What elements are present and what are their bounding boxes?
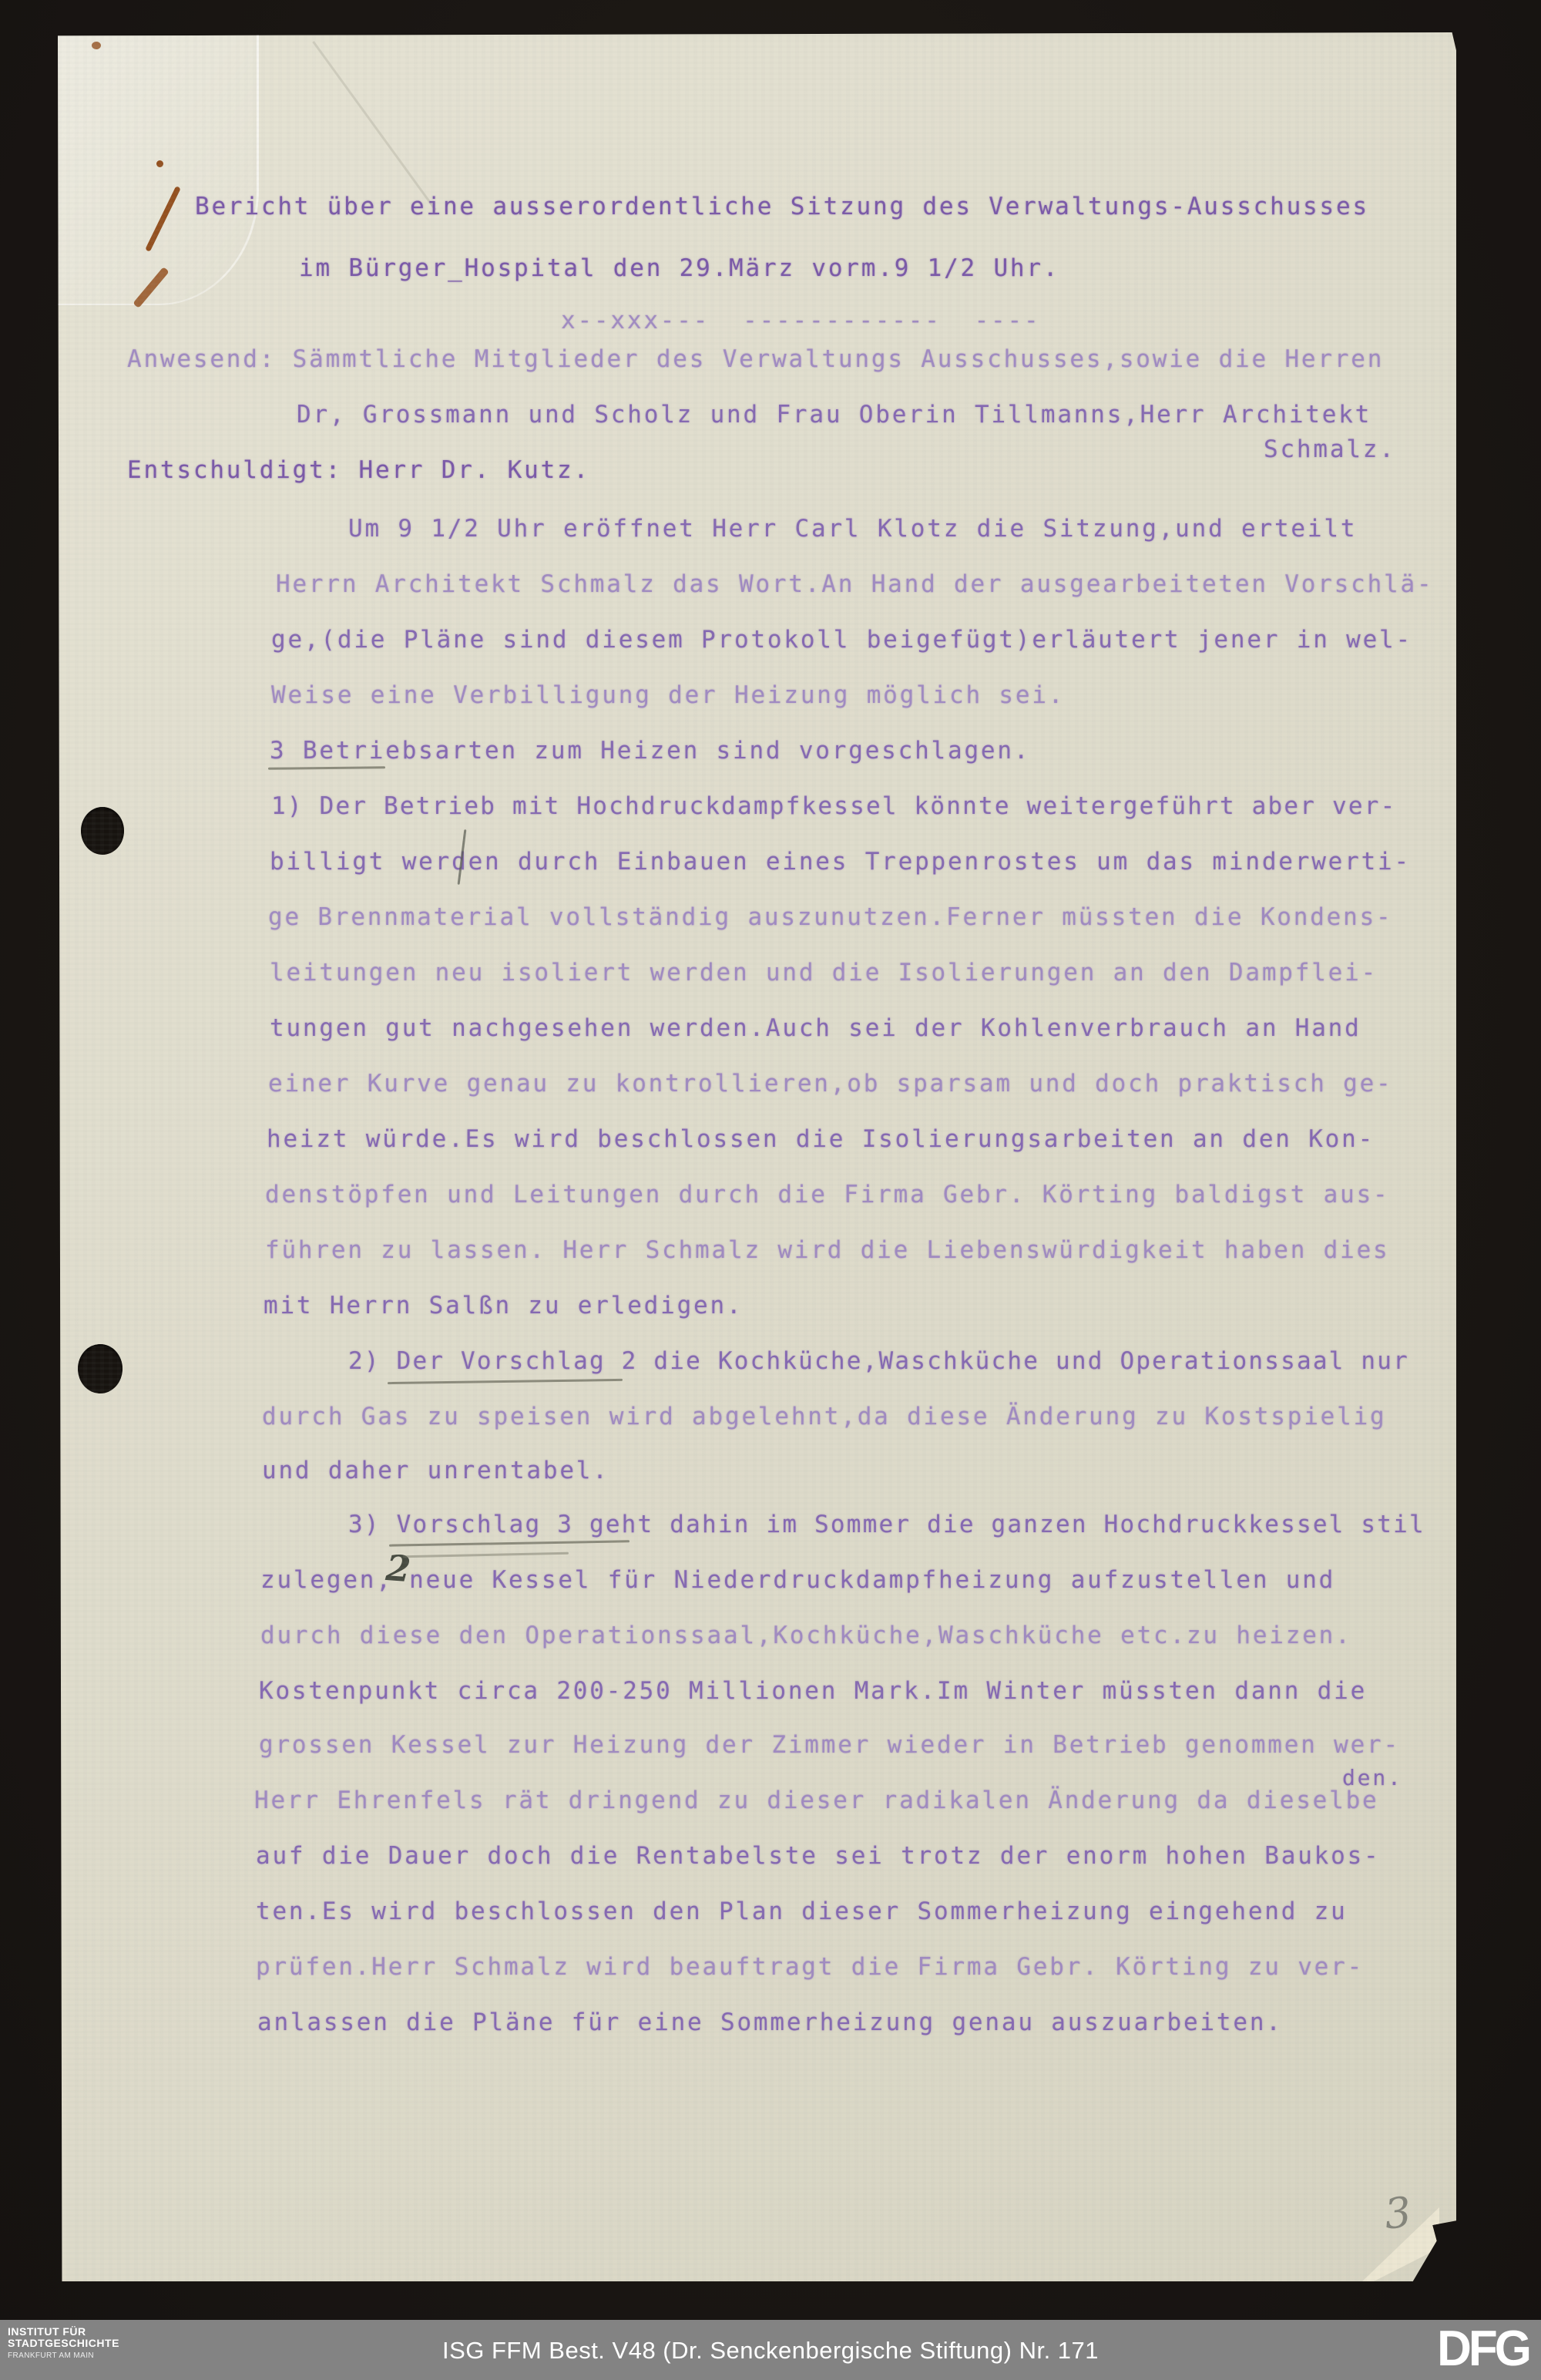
- marginal-carryover-den: den.: [1342, 1765, 1403, 1790]
- archive-footer-bar: INSTITUT FÜR STADTGESCHICHTE FRANKFURT A…: [0, 2320, 1541, 2380]
- document-line: 3) Vorschlag 3 geht dahin im Sommer die …: [348, 1511, 1425, 1538]
- document-line: leitungen neu isoliert werden und die Is…: [270, 959, 1378, 987]
- marginal-hyphenation-mark: 1-: [1455, 1537, 1479, 1558]
- document-line: 2) Der Vorschlag 2 die Kochküche,Waschkü…: [348, 1347, 1409, 1375]
- document-line: billigt werden durch Einbauen eines Trep…: [270, 848, 1411, 876]
- document-line: denstöpfen und Leitungen durch die Firma…: [265, 1181, 1390, 1208]
- document-page: Bericht über eine ausserordentliche Sitz…: [58, 32, 1456, 2281]
- document-line: prüfen.Herr Schmalz wird beauftragt die …: [256, 1953, 1364, 1981]
- document-line: x--xxx--- ------------ ----: [561, 307, 1040, 334]
- document-line: und daher unrentabel.: [262, 1457, 609, 1484]
- archive-reference-label: ISG FFM Best. V48 (Dr. Senckenbergische …: [0, 2337, 1541, 2365]
- document-line: auf die Dauer doch die Rentabelste sei t…: [256, 1842, 1381, 1870]
- document-line: ge,(die Pläne sind diesem Protokoll beig…: [271, 626, 1412, 654]
- film-corner-sleeve: [58, 32, 259, 305]
- document-line: ge Brennmaterial vollständig auszunutzen…: [268, 903, 1393, 931]
- document-line: 3 Betriebsarten zum Heizen sind vorgesch…: [270, 737, 1030, 765]
- document-line: führen zu lassen. Herr Schmalz wird die …: [265, 1236, 1390, 1264]
- document-line: 1) Der Betrieb mit Hochdruckdampfkessel …: [271, 792, 1396, 820]
- document-line: heizt würde.Es wird beschlossen die Isol…: [267, 1125, 1375, 1153]
- document-line: Schmalz.: [1264, 435, 1396, 463]
- document-line: Weise eine Verbilligung der Heizung mögl…: [271, 681, 1065, 709]
- document-line: durch diese den Operationssaal,Kochküche…: [260, 1622, 1352, 1649]
- document-line: Herrn Architekt Schmalz das Wort.An Hand…: [276, 570, 1433, 598]
- document-line: Entschuldigt: Herr Dr. Kutz.: [127, 456, 590, 484]
- document-line: zulegen, neue Kessel für Niederdruckdamp…: [260, 1566, 1335, 1594]
- document-line: anlassen die Pläne für eine Sommerheizun…: [257, 2009, 1283, 2036]
- document-line: Dr, Grossmann und Scholz und Frau Oberin…: [297, 401, 1371, 429]
- pencil-underline: [268, 766, 385, 770]
- archive-scan-viewer: Bericht über eine ausserordentliche Sitz…: [0, 0, 1541, 2380]
- punch-hole: [81, 807, 124, 855]
- paper-crease: [312, 41, 436, 210]
- document-line: Herr Ehrenfels rät dringend zu dieser ra…: [254, 1787, 1379, 1814]
- document-line: Anwesend: Sämmtliche Mitglieder des Verw…: [127, 345, 1384, 373]
- document-line: durch Gas zu speisen wird abgelehnt,da d…: [262, 1403, 1387, 1430]
- document-line: einer Kurve genau zu kontrollieren,ob sp…: [268, 1070, 1393, 1098]
- document-line: Um 9 1/2 Uhr eröffnet Herr Carl Klotz di…: [348, 515, 1357, 543]
- punch-hole: [78, 1344, 123, 1393]
- pencil-underline: [389, 1540, 629, 1546]
- rust-stain: [92, 42, 101, 49]
- document-line: im Bürger_Hospital den 29.März vorm.9 1/…: [299, 254, 1059, 282]
- handwritten-page-number: 3: [1382, 2187, 1414, 2238]
- pencil-underline: [403, 1552, 569, 1558]
- document-line: mit Herrn Salßn zu erledigen.: [264, 1292, 743, 1319]
- document-line: Kostenpunkt circa 200-250 Millionen Mark…: [259, 1677, 1367, 1705]
- pencil-underline: [388, 1379, 623, 1384]
- handwritten-correction-2: 2: [384, 1547, 412, 1590]
- document-line: grossen Kessel zur Heizung der Zimmer wi…: [259, 1731, 1400, 1759]
- document-line: Bericht über eine ausserordentliche Sitz…: [195, 193, 1369, 220]
- document-line: tungen gut nachgesehen werden.Auch sei d…: [270, 1014, 1361, 1042]
- document-line: ten.Es wird beschlossen den Plan dieser …: [256, 1898, 1348, 1925]
- dfg-logo: DFG: [1437, 2320, 1529, 2378]
- rust-stain: [156, 160, 163, 167]
